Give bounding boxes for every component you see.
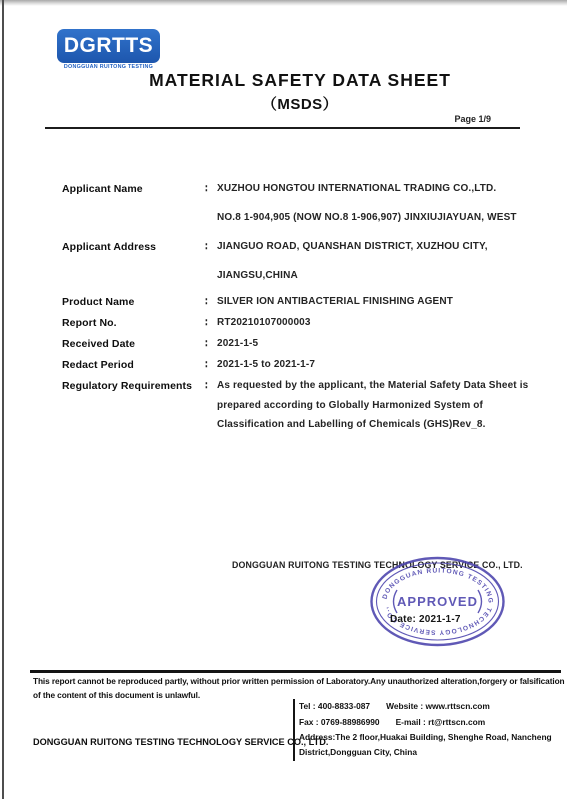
- footer-address-line2: District,Dongguan City, China: [299, 747, 417, 757]
- footer-address-line1: Address:The 2 floor,Huakai Building, She…: [299, 732, 552, 742]
- field-value: Classification and Labelling of Chemical…: [217, 419, 486, 430]
- approval-date: Date: 2021-1-7: [390, 614, 461, 625]
- msds-document-page: DGRTTS DONGGUAN RUITONG TESTING MATERIAL…: [0, 0, 567, 799]
- field-colon: ∶: [205, 338, 208, 350]
- field-value: prepared according to Globally Harmonize…: [217, 400, 483, 411]
- field-label: Regulatory Requirements: [62, 380, 192, 392]
- field-row: Product Name ∶ SILVER ION ANTIBACTERIAL …: [0, 296, 567, 311]
- header-divider: [45, 127, 520, 129]
- field-value: 2021-1-5: [217, 338, 258, 349]
- footer-company-name: DONGGUAN RUITONG TESTING TECHNOLOGY SERV…: [33, 737, 328, 747]
- field-value: JIANGUO ROAD, QUANSHAN DISTRICT, XUZHOU …: [217, 241, 488, 252]
- field-row: Applicant Address ∶ JIANGUO ROAD, QUANSH…: [0, 241, 567, 256]
- field-colon: ∶: [205, 296, 208, 308]
- field-row: Applicant Name ∶ XUZHOU HONGTOU INTERNAT…: [0, 183, 567, 198]
- footer-email: E-mail : rt@rttscn.com: [396, 717, 486, 727]
- dgrtts-logo: DGRTTS: [57, 29, 160, 63]
- footer-vertical-divider: [293, 699, 295, 761]
- scan-top-shadow: [0, 0, 567, 6]
- field-colon: ∶: [205, 317, 208, 329]
- footer-tel-website-line: Tel : 400-8833-087Website : www.rttscn.c…: [299, 701, 490, 711]
- disclaimer-line1: This report cannot be reproduced partly,…: [33, 676, 565, 686]
- field-label: Product Name: [62, 296, 134, 308]
- logo-text: DGRTTS: [64, 34, 153, 58]
- field-row: Redact Period ∶ 2021-1-5 to 2021-1-7: [0, 359, 567, 374]
- field-label: Applicant Address: [62, 241, 156, 253]
- footer-divider: [30, 670, 561, 673]
- field-value: RT20210107000003: [217, 317, 311, 328]
- page-number: Page 1/9: [454, 114, 491, 124]
- footer-fax: Fax : 0769-88986990: [299, 717, 380, 727]
- stamp-approved-text: APPROVED: [397, 594, 478, 609]
- field-colon: ∶: [205, 359, 208, 371]
- document-subtitle: （MSDS）: [33, 93, 567, 114]
- field-value: SILVER ION ANTIBACTERIAL FINISHING AGENT: [217, 296, 453, 307]
- field-row: Regulatory Requirements ∶ As requested b…: [0, 380, 567, 395]
- field-label: Applicant Name: [62, 183, 143, 195]
- field-colon: ∶: [205, 183, 208, 195]
- field-row: prepared according to Globally Harmonize…: [0, 400, 567, 415]
- field-row: Report No. ∶ RT20210107000003: [0, 317, 567, 332]
- field-row: Received Date ∶ 2021-1-5: [0, 338, 567, 353]
- approved-stamp: DONGGUAN RUITONG TESTING TECHNOLOGY SERV…: [365, 553, 510, 650]
- field-row: NO.8 1-904,905 (NOW NO.8 1-906,907) JINX…: [0, 212, 567, 227]
- field-label: Report No.: [62, 317, 117, 329]
- field-label: Redact Period: [62, 359, 134, 371]
- field-value: JIANGSU,CHINA: [217, 270, 298, 281]
- field-value: NO.8 1-904,905 (NOW NO.8 1-906,907) JINX…: [217, 212, 517, 223]
- footer-website: Website : www.rttscn.com: [386, 701, 490, 711]
- document-title: MATERIAL SAFETY DATA SHEET: [33, 70, 567, 91]
- field-value: XUZHOU HONGTOU INTERNATIONAL TRADING CO.…: [217, 183, 496, 194]
- field-colon: ∶: [205, 380, 208, 392]
- field-label: Received Date: [62, 338, 135, 350]
- field-colon: ∶: [205, 241, 208, 253]
- field-value: 2021-1-5 to 2021-1-7: [217, 359, 315, 370]
- disclaimer-line2: of the content of this document is unlaw…: [33, 690, 200, 700]
- field-value: As requested by the applicant, the Mater…: [217, 380, 528, 391]
- footer-fax-email-line: Fax : 0769-88986990E-mail : rt@rttscn.co…: [299, 717, 485, 727]
- footer-tel: Tel : 400-8833-087: [299, 701, 370, 711]
- field-row: Classification and Labelling of Chemical…: [0, 419, 567, 434]
- field-row: JIANGSU,CHINA: [0, 270, 567, 285]
